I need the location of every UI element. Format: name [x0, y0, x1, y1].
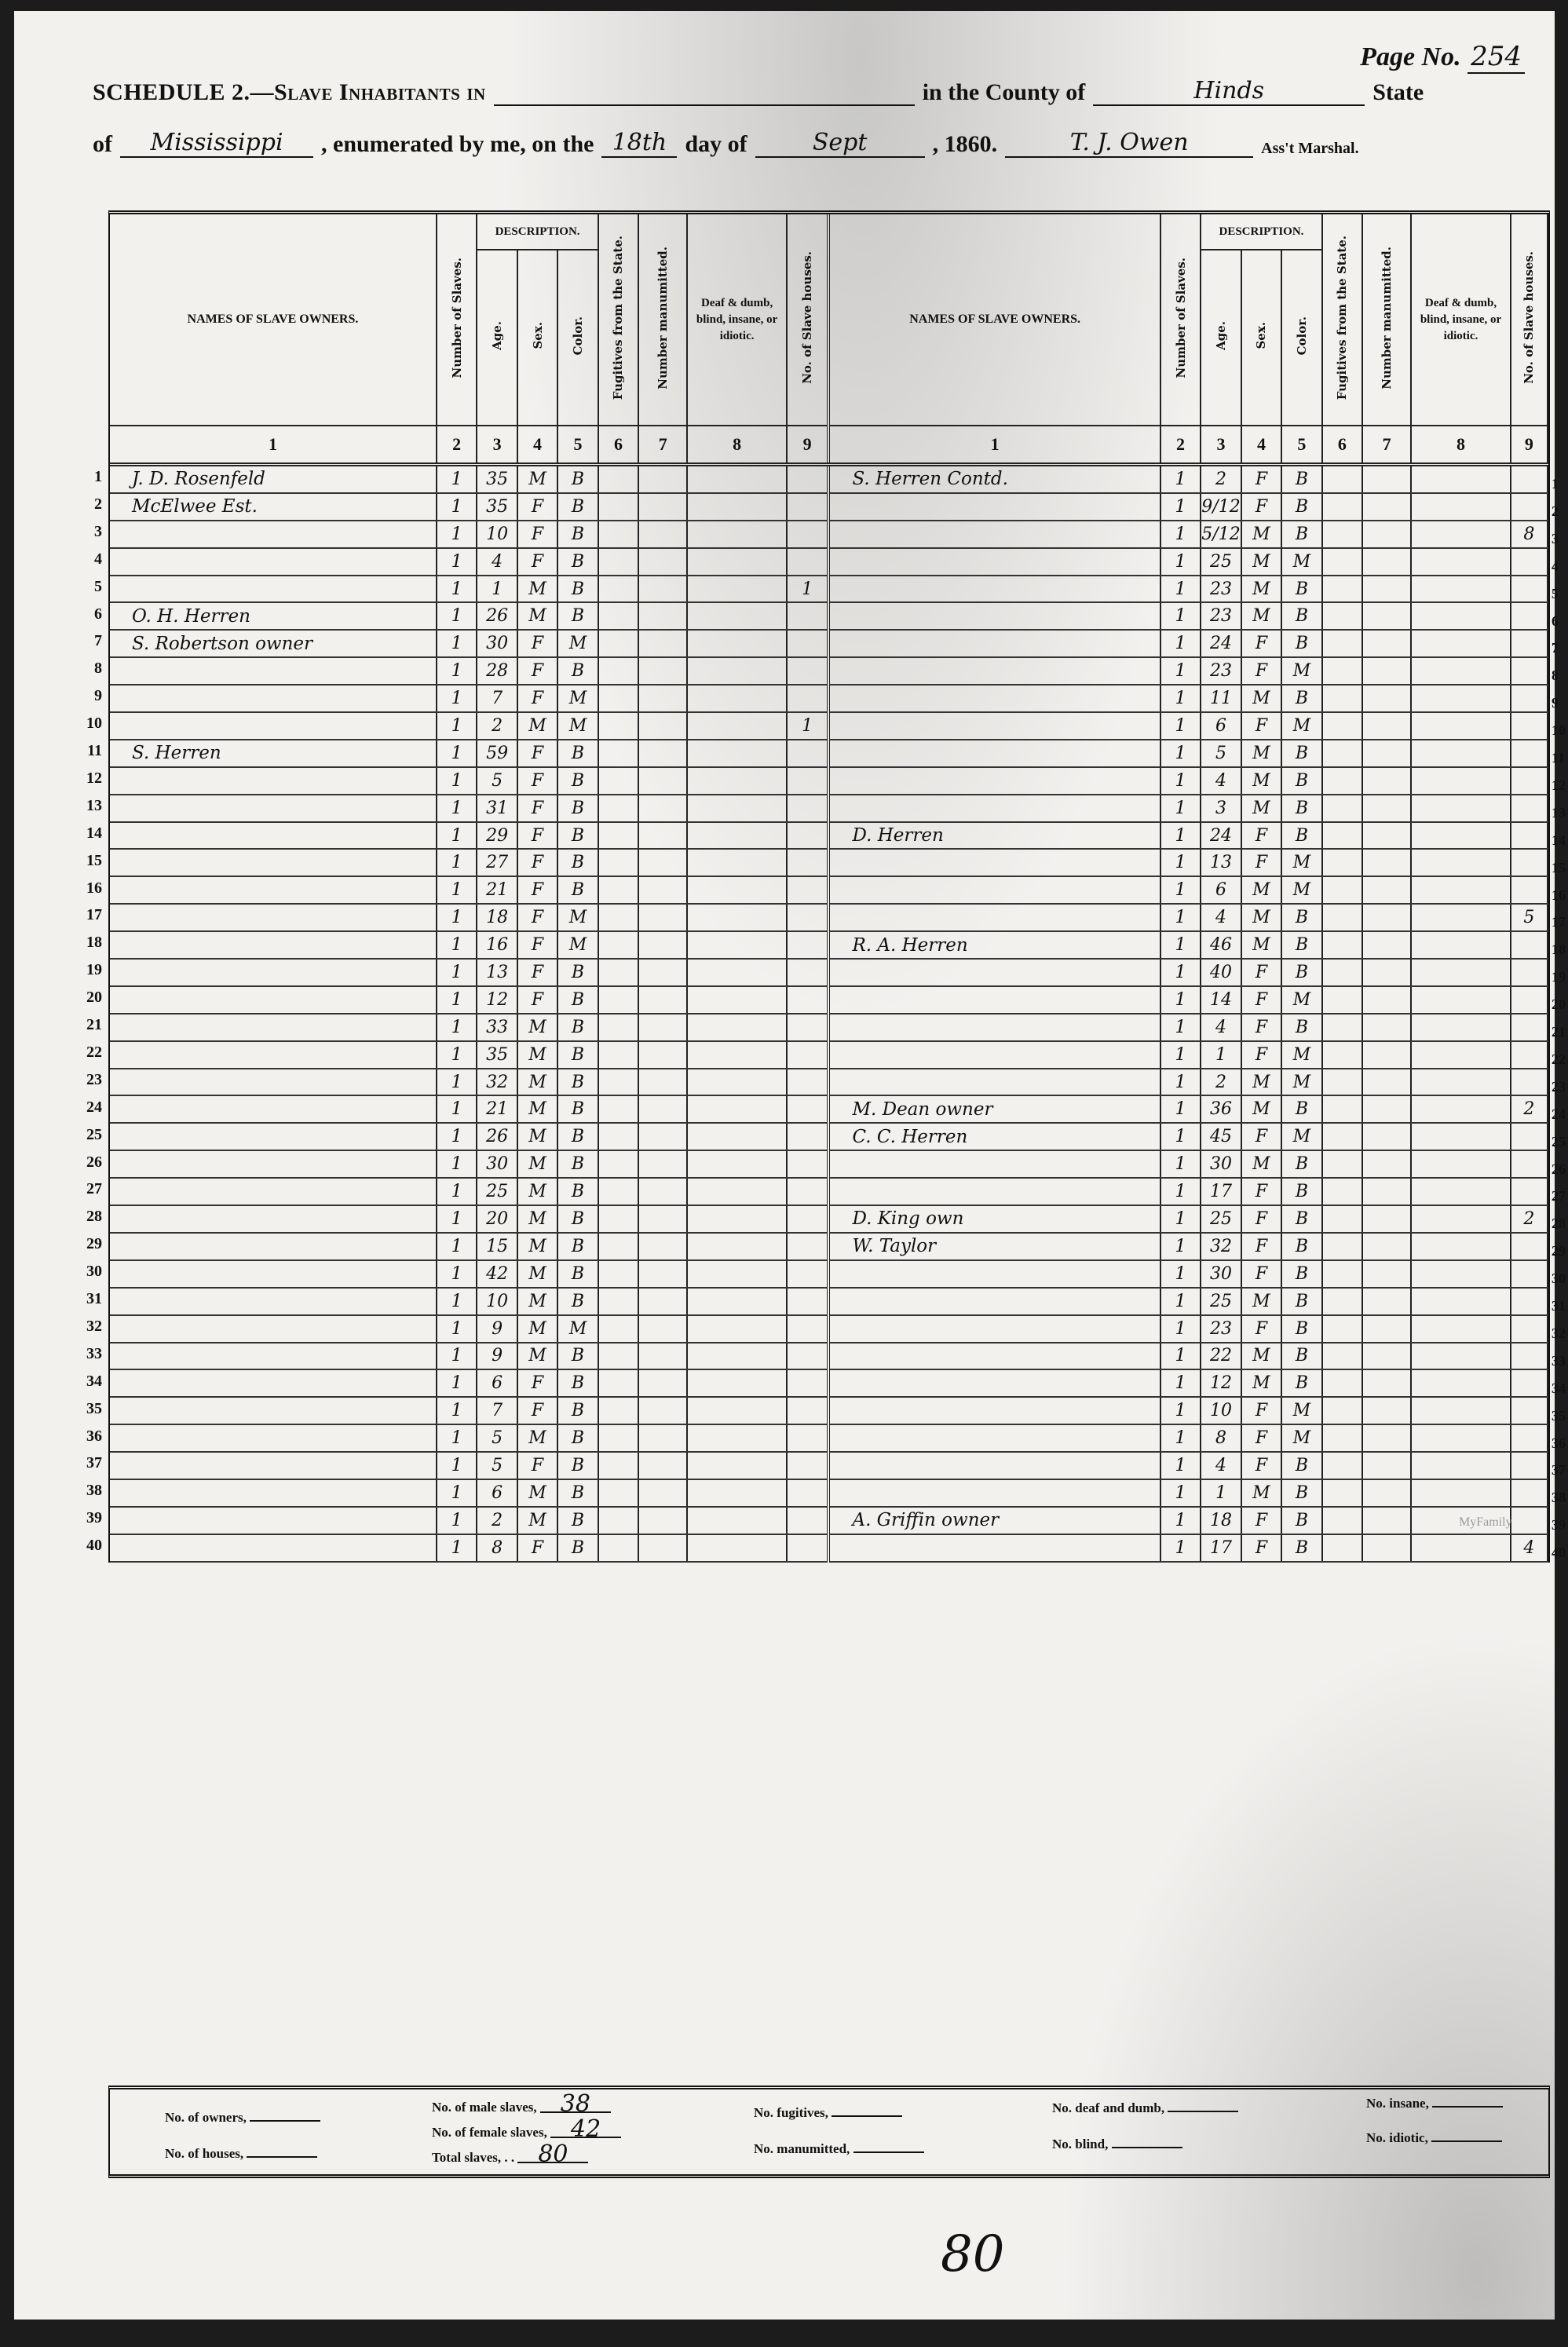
cell-houses — [787, 822, 829, 850]
col-age-header-2: Age. — [1201, 250, 1241, 426]
cell-owner — [110, 1479, 437, 1507]
cell-deaf — [1411, 1205, 1510, 1233]
cell-fug — [598, 602, 638, 630]
cell-age: 32 — [477, 1069, 517, 1096]
table-row: 17FM111MB — [110, 685, 1548, 712]
line-number-left: 23 — [72, 1071, 102, 1089]
cell-sex: M — [1241, 521, 1281, 548]
cell-owner — [110, 795, 437, 822]
cell-color: B — [557, 767, 598, 795]
cell-man — [638, 767, 687, 795]
cell-man — [638, 1288, 687, 1315]
table-row: 19MM123FB — [110, 1315, 1548, 1343]
state-field: Mississippi — [120, 129, 313, 158]
cell-age: 24 — [1201, 630, 1241, 657]
cell-owner — [110, 849, 437, 876]
cell-age: 1 — [1201, 1479, 1241, 1507]
cell-deaf — [687, 1095, 786, 1123]
cell-owner — [828, 1288, 1160, 1315]
cell-houses: 1 — [787, 576, 829, 603]
cell-man — [638, 576, 687, 603]
cell-age: 4 — [1201, 904, 1241, 931]
cell-houses — [1511, 795, 1548, 822]
cell-deaf — [1411, 521, 1510, 548]
cell-owner: M. Dean owner — [828, 1095, 1160, 1123]
cell-deaf — [687, 1069, 786, 1096]
cell-houses — [787, 1150, 829, 1178]
cell-fug — [1322, 1343, 1362, 1370]
cell-color: B — [1281, 767, 1321, 795]
cell-color: M — [1281, 548, 1321, 576]
cell-age: 16 — [477, 931, 517, 959]
cell-man — [638, 1205, 687, 1233]
cell-man — [1362, 1343, 1411, 1370]
cell-deaf — [687, 1233, 786, 1260]
watermark: MyFamily — [1459, 1515, 1512, 1530]
cell-num: 1 — [437, 712, 477, 740]
cell-color: B — [557, 1233, 598, 1260]
cell-owner — [110, 685, 437, 712]
cell-houses — [787, 1178, 829, 1205]
cell-deaf — [687, 1288, 786, 1315]
cell-color: B — [1281, 822, 1321, 850]
cell-num: 1 — [437, 1041, 477, 1069]
table-row: 18FB117FB4 — [110, 1534, 1548, 1562]
cell-sex: M — [517, 1260, 557, 1288]
cell-color: B — [1281, 1315, 1321, 1343]
line-number-right: 14 — [1552, 832, 1566, 849]
col-houses-header: No. of Slave houses. — [787, 214, 829, 426]
county-field: Hinds — [1093, 77, 1365, 106]
of-label: of — [93, 131, 112, 158]
line-number-right: 20 — [1552, 996, 1566, 1013]
cell-sex: M — [517, 1178, 557, 1205]
cell-owner — [828, 1343, 1160, 1370]
cell-owner — [110, 1288, 437, 1315]
cell-age: 10 — [477, 1288, 517, 1315]
cell-age: 45 — [1201, 1123, 1241, 1150]
cell-num: 1 — [1160, 1452, 1201, 1479]
county-label: in the County of — [923, 79, 1086, 106]
cell-man — [1362, 1014, 1411, 1041]
cell-deaf — [687, 465, 786, 493]
cell-num: 1 — [437, 931, 477, 959]
cell-sex: M — [1241, 1095, 1281, 1123]
cell-owner — [110, 876, 437, 904]
cell-deaf — [1411, 465, 1510, 493]
month-field: Sept — [755, 129, 925, 158]
cell-age: 30 — [1201, 1150, 1241, 1178]
cell-man — [1362, 1452, 1411, 1479]
cell-owner: O. H. Herren — [110, 602, 437, 630]
cell-num: 1 — [437, 465, 477, 493]
line-number-left: 20 — [72, 989, 102, 1007]
line-number-left: 1 — [72, 468, 102, 486]
cell-owner — [828, 795, 1160, 822]
census-page: Page No. 254 SCHEDULE 2.—Slave Inhabitan… — [14, 11, 1555, 2320]
table-row: 113FB140FB — [110, 959, 1548, 986]
cell-age: 17 — [1201, 1178, 1241, 1205]
cell-owner: S. Herren — [110, 740, 437, 767]
cell-color: B — [557, 849, 598, 876]
cell-owner — [110, 1233, 437, 1260]
cell-sex: M — [1241, 1288, 1281, 1315]
cell-age: 4 — [1201, 767, 1241, 795]
cell-num: 1 — [437, 1069, 477, 1096]
cell-num: 1 — [1160, 849, 1201, 876]
cell-man — [1362, 1150, 1411, 1178]
cell-num: 1 — [1160, 1534, 1201, 1562]
cell-man — [638, 630, 687, 657]
cell-color: B — [557, 1041, 598, 1069]
cell-houses — [1511, 602, 1548, 630]
cell-man — [638, 465, 687, 493]
cell-houses — [787, 1014, 829, 1041]
cell-color: M — [557, 630, 598, 657]
cell-houses — [787, 1507, 829, 1534]
cell-sex: M — [1241, 931, 1281, 959]
cell-deaf — [1411, 1095, 1510, 1123]
table-row: 116FMR. A. Herren146MB — [110, 931, 1548, 959]
cell-fug — [598, 876, 638, 904]
line-number-left: 31 — [72, 1290, 102, 1308]
cell-houses — [787, 767, 829, 795]
cell-fug — [1322, 1479, 1362, 1507]
cell-fug — [1322, 1041, 1362, 1069]
cell-fug — [598, 849, 638, 876]
table-row: 131FB13MB — [110, 795, 1548, 822]
cell-color: B — [1281, 493, 1321, 521]
cell-sex: M — [517, 602, 557, 630]
col-age-header: Age. — [477, 250, 517, 426]
cell-man — [638, 685, 687, 712]
cell-color: B — [1281, 1233, 1321, 1260]
cell-num: 1 — [1160, 1178, 1201, 1205]
cell-sex: M — [517, 1424, 557, 1452]
cell-deaf — [1411, 986, 1510, 1014]
cell-color: B — [557, 1452, 598, 1479]
cell-houses — [787, 1452, 829, 1479]
line-number-left: 6 — [72, 605, 102, 623]
line-number-left: 16 — [72, 879, 102, 897]
cell-houses — [1511, 1233, 1548, 1260]
cell-color: B — [557, 795, 598, 822]
cell-deaf — [687, 1369, 786, 1397]
cell-color: M — [1281, 849, 1321, 876]
table-row: 12MM116FM — [110, 712, 1548, 740]
cell-num: 1 — [1160, 521, 1201, 548]
cell-sex: M — [517, 1288, 557, 1315]
cell-sex: F — [517, 1369, 557, 1397]
cell-num: 1 — [437, 904, 477, 931]
cell-man — [1362, 685, 1411, 712]
cell-color: M — [557, 1315, 598, 1343]
cell-age: 35 — [477, 465, 517, 493]
col-houses-header-2: No. of Slave houses. — [1511, 214, 1548, 426]
cell-num: 1 — [437, 740, 477, 767]
cell-houses — [1511, 1041, 1548, 1069]
cell-sex: M — [1241, 904, 1281, 931]
cell-owner — [110, 1123, 437, 1150]
cell-num: 1 — [437, 1534, 477, 1562]
year-label: , 1860. — [933, 131, 998, 158]
line-number-right: 35 — [1552, 1408, 1566, 1424]
cell-sex: F — [517, 849, 557, 876]
cell-deaf — [1411, 657, 1510, 685]
line-number-left: 24 — [72, 1099, 102, 1117]
cell-deaf — [687, 602, 786, 630]
cell-deaf — [687, 1315, 786, 1343]
cell-deaf — [1411, 1452, 1510, 1479]
cell-sex: F — [1241, 493, 1281, 521]
cell-deaf — [687, 657, 786, 685]
cell-color: B — [557, 1014, 598, 1041]
cell-deaf — [1411, 1260, 1510, 1288]
table-row: O. H. Herren126MB123MB — [110, 602, 1548, 630]
cell-num: 1 — [1160, 1288, 1201, 1315]
line-number-right: 39 — [1552, 1517, 1566, 1534]
cell-num: 1 — [437, 630, 477, 657]
table-row: J. D. Rosenfeld135MBS. Herren Contd.12FB — [110, 465, 1548, 493]
cell-deaf — [1411, 1123, 1510, 1150]
cell-man — [638, 1233, 687, 1260]
cell-man — [638, 1150, 687, 1178]
page-number-label: Page No. — [1360, 42, 1460, 71]
cell-fug — [1322, 1397, 1362, 1424]
cell-age: 20 — [477, 1205, 517, 1233]
marshal-field: T. J. Owen — [1005, 129, 1253, 158]
cell-age: 9 — [477, 1343, 517, 1370]
cell-age: 22 — [1201, 1343, 1241, 1370]
cell-houses — [787, 1534, 829, 1562]
cell-sex: F — [1241, 657, 1281, 685]
cell-fug — [598, 1260, 638, 1288]
cell-owner — [110, 1343, 437, 1370]
cell-man — [638, 521, 687, 548]
cell-owner — [828, 1397, 1160, 1424]
cell-num: 1 — [437, 1014, 477, 1041]
cell-sex: F — [517, 876, 557, 904]
cell-color: B — [557, 822, 598, 850]
cell-owner — [828, 767, 1160, 795]
cell-sex: F — [517, 548, 557, 576]
cell-deaf — [687, 1150, 786, 1178]
cell-num: 1 — [437, 1260, 477, 1288]
cell-fug — [1322, 849, 1362, 876]
cell-man — [1362, 822, 1411, 850]
cell-color: M — [1281, 1424, 1321, 1452]
cell-man — [638, 822, 687, 850]
cell-sex: F — [1241, 986, 1281, 1014]
cell-color: B — [1281, 465, 1321, 493]
cell-deaf — [1411, 1150, 1510, 1178]
day-of-label: day of — [685, 131, 747, 158]
schedule-table: NAMES OF SLAVE OWNERS. Number of Slaves.… — [108, 210, 1550, 1563]
cell-deaf — [687, 576, 786, 603]
cell-color: B — [557, 1479, 598, 1507]
line-number-left: 38 — [72, 1482, 102, 1500]
line-number-right: 11 — [1552, 750, 1565, 766]
cell-age: 26 — [477, 1123, 517, 1150]
table-row: 128FB123FM — [110, 657, 1548, 685]
cell-deaf — [687, 959, 786, 986]
line-number-right: 34 — [1552, 1380, 1566, 1397]
cell-age: 42 — [477, 1260, 517, 1288]
cell-man — [1362, 795, 1411, 822]
cell-fug — [1322, 1233, 1362, 1260]
cell-sex: F — [517, 630, 557, 657]
cell-deaf — [1411, 1288, 1510, 1315]
table-row: 19MB122MB — [110, 1343, 1548, 1370]
cell-color: M — [1281, 1069, 1321, 1096]
cell-fug — [598, 548, 638, 576]
line-number-left: 10 — [72, 715, 102, 733]
cell-age: 5 — [1201, 740, 1241, 767]
cell-num: 1 — [1160, 876, 1201, 904]
cell-deaf — [687, 521, 786, 548]
cell-owner — [110, 986, 437, 1014]
cell-color: B — [1281, 1343, 1321, 1370]
cell-num: 1 — [1160, 576, 1201, 603]
cell-owner — [828, 1534, 1160, 1562]
cell-sex: M — [1241, 876, 1281, 904]
cell-houses — [787, 1069, 829, 1096]
cell-deaf — [1411, 822, 1510, 850]
line-number-right: 2 — [1552, 503, 1559, 520]
cell-color: B — [557, 1205, 598, 1233]
table-row: 12MBA. Griffin owner118FB — [110, 1507, 1548, 1534]
table-row: 121FB16MM — [110, 876, 1548, 904]
cell-man — [1362, 657, 1411, 685]
cell-num: 1 — [437, 657, 477, 685]
line-number-left: 12 — [72, 770, 102, 788]
cell-sex: F — [1241, 849, 1281, 876]
cell-age: 9 — [477, 1315, 517, 1343]
cell-owner — [110, 657, 437, 685]
line-number-right: 32 — [1552, 1325, 1566, 1342]
cell-age: 25 — [1201, 1205, 1241, 1233]
table-row: 142MB130FB — [110, 1260, 1548, 1288]
cell-fug — [598, 465, 638, 493]
cell-deaf — [687, 1014, 786, 1041]
cell-sex: F — [1241, 465, 1281, 493]
cell-num: 1 — [1160, 1397, 1201, 1424]
cell-man — [1362, 740, 1411, 767]
table-row: 121MBM. Dean owner136MB2 — [110, 1095, 1548, 1123]
line-number-right: 10 — [1552, 722, 1566, 739]
cell-sex: F — [517, 740, 557, 767]
cell-color: B — [557, 1343, 598, 1370]
cell-owner — [828, 630, 1160, 657]
cell-owner — [828, 986, 1160, 1014]
cell-owner — [828, 712, 1160, 740]
cell-owner — [828, 685, 1160, 712]
line-number-left: 33 — [72, 1345, 102, 1363]
cell-sex: F — [517, 795, 557, 822]
cell-age: 2 — [477, 1507, 517, 1534]
cell-houses — [1511, 1343, 1548, 1370]
cell-houses — [1511, 548, 1548, 576]
table-row: 112FB114FM — [110, 986, 1548, 1014]
cell-fug — [1322, 931, 1362, 959]
cell-houses — [787, 904, 829, 931]
cell-fug — [598, 1205, 638, 1233]
cell-owner — [828, 1424, 1160, 1452]
cell-fug — [1322, 685, 1362, 712]
cell-fug — [598, 576, 638, 603]
cell-deaf — [687, 1397, 786, 1424]
cell-deaf — [1411, 795, 1510, 822]
cell-color: B — [557, 493, 598, 521]
cell-owner — [110, 959, 437, 986]
cell-age: 31 — [477, 795, 517, 822]
deaf-dumb-count: No. deaf and dumb, — [1052, 2100, 1238, 2116]
cell-deaf — [1411, 685, 1510, 712]
cell-houses — [1511, 1069, 1548, 1096]
cell-houses — [787, 1095, 829, 1123]
cell-age: 2 — [1201, 1069, 1241, 1096]
cell-man — [638, 1452, 687, 1479]
cell-owner — [828, 740, 1160, 767]
table-row: 115MBW. Taylor132FB — [110, 1233, 1548, 1260]
cell-sex: F — [1241, 1014, 1281, 1041]
cell-sex: M — [1241, 1343, 1281, 1370]
line-number-right: 8 — [1552, 667, 1559, 684]
cell-num: 1 — [1160, 1343, 1201, 1370]
cell-man — [1362, 1424, 1411, 1452]
cell-houses — [787, 1315, 829, 1343]
line-number-right: 15 — [1552, 860, 1566, 876]
table-row: S. Herren159FB15MB — [110, 740, 1548, 767]
line-number-left: 27 — [72, 1180, 102, 1198]
cell-fug — [1322, 876, 1362, 904]
table-row: 133MB14FB — [110, 1014, 1548, 1041]
cell-sex: M — [1241, 1479, 1281, 1507]
cell-age: 10 — [1201, 1397, 1241, 1424]
cell-sex: M — [517, 1343, 557, 1370]
table-row: 120MBD. King own125FB2 — [110, 1205, 1548, 1233]
cell-age: 12 — [1201, 1369, 1241, 1397]
line-number-left: 28 — [72, 1208, 102, 1226]
day-field: 18th — [601, 129, 677, 158]
line-number-right: 30 — [1552, 1270, 1566, 1287]
cell-num: 1 — [437, 685, 477, 712]
cell-fug — [1322, 521, 1362, 548]
idiotic-count: No. idiotic, — [1366, 2130, 1502, 2146]
line-number-left: 22 — [72, 1044, 102, 1062]
cell-num: 1 — [437, 767, 477, 795]
cell-houses: 1 — [787, 712, 829, 740]
cell-fug — [598, 657, 638, 685]
cell-owner — [828, 1479, 1160, 1507]
cell-man — [1362, 1123, 1411, 1150]
cell-sex: M — [1241, 795, 1281, 822]
cell-man — [638, 986, 687, 1014]
cell-owner — [110, 1150, 437, 1178]
cell-deaf — [1411, 630, 1510, 657]
blind-count: No. blind, — [1052, 2137, 1182, 2152]
cell-age: 4 — [1201, 1452, 1241, 1479]
cell-deaf — [1411, 548, 1510, 576]
cell-man — [1362, 1369, 1411, 1397]
cell-deaf — [687, 1479, 786, 1507]
cell-age: 12 — [477, 986, 517, 1014]
cell-num: 1 — [1160, 1123, 1201, 1150]
cell-age: 28 — [477, 657, 517, 685]
line-number-left: 9 — [72, 687, 102, 705]
cell-houses — [787, 959, 829, 986]
cell-sex: M — [517, 576, 557, 603]
